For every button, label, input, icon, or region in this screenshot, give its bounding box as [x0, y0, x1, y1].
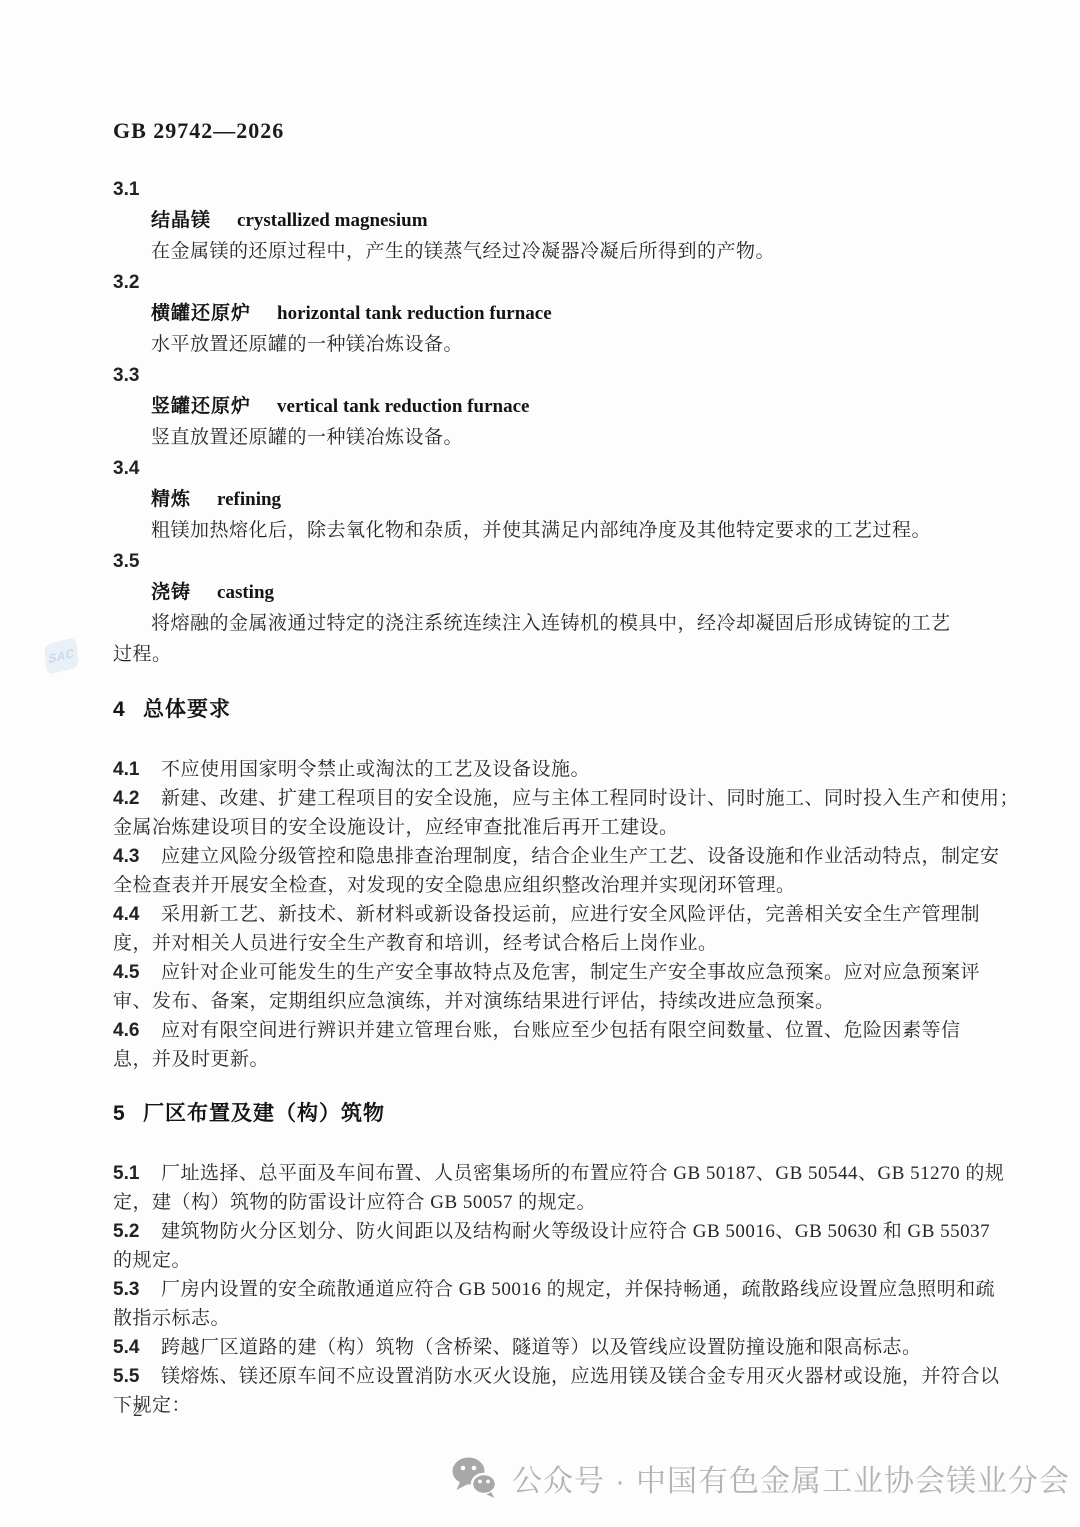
clause: 4.6应对有限空间进行辨识并建立管理台账，台账应至少包括有限空间数量、位置、危险… [113, 1016, 970, 1074]
document-content: GB 29742—2026 3.1结晶镁crystallized magnesi… [113, 118, 970, 1420]
clause-line: 5.2建筑物防火分区划分、防火间距以及结构耐火等级设计应符合 GB 50016、… [113, 1217, 970, 1246]
term-number: 3.1 [113, 174, 970, 205]
sac-watermark: SAC [44, 637, 79, 675]
document-page: SAC GB 29742—2026 3.1结晶镁crystallized mag… [0, 0, 1080, 1527]
sac-watermark-label: SAC [48, 646, 76, 667]
term-item: 3.2横罐还原炉horizontal tank reduction furnac… [113, 267, 970, 360]
term-definition-line: 在金属镁的还原过程中，产生的镁蒸气经过冷凝器冷凝后所得到的产物。 [113, 236, 970, 267]
footer-text: 公众号·中国有色金属工业协会镁业分会 [512, 1456, 1070, 1500]
clause-line: 5.1厂址选择、总平面及车间布置、人员密集场所的布置应符合 GB 50187、G… [113, 1159, 970, 1188]
clause-text: 厂房内设置的安全疏散通道应符合 GB 50016 的规定，并保持畅通，疏散路线应… [161, 1279, 995, 1300]
term-number: 3.4 [113, 453, 970, 484]
clause-number: 5.1 [113, 1159, 161, 1188]
clause-text: 跨越厂区道路的建（构）筑物（含桥梁、隧道等）以及管线应设置防撞设施和限高标志。 [161, 1337, 922, 1358]
term-zh: 浇铸 [151, 582, 191, 603]
clause-line: 4.6应对有限空间进行辨识并建立管理台账，台账应至少包括有限空间数量、位置、危险… [113, 1016, 970, 1045]
term-name: 浇铸casting [113, 577, 970, 608]
term-definition-line: 竖直放置还原罐的一种镁冶炼设备。 [113, 422, 970, 453]
term-zh: 精炼 [151, 489, 191, 510]
clause-line: 5.3厂房内设置的安全疏散通道应符合 GB 50016 的规定，并保持畅通，疏散… [113, 1275, 970, 1304]
term-number: 3.2 [113, 267, 970, 298]
term-definition-line: 粗镁加热熔化后，除去氧化物和杂质，并使其满足内部纯净度及其他特定要求的工艺过程。 [113, 515, 970, 546]
clause: 4.3应建立风险分级管控和隐患排查治理制度，结合企业生产工艺、设备设施和作业活动… [113, 842, 970, 900]
clause-line: 度，并对相关人员进行安全生产教育和培训，经考试合格后上岗作业。 [113, 929, 970, 958]
clause-number: 4.1 [113, 755, 161, 784]
clause-text: 应针对企业可能发生的生产安全事故特点及危害，制定生产安全事故应急预案。应对应急预… [161, 962, 980, 983]
clause-line: 4.4采用新工艺、新技术、新材料或新设备投运前，应进行安全风险评估，完善相关安全… [113, 900, 970, 929]
clause-number: 5.2 [113, 1217, 161, 1246]
term-en: crystallized magnesium [237, 210, 428, 231]
term-name: 精炼refining [113, 484, 970, 515]
section-title-text: 总体要求 [143, 698, 231, 721]
term-en: horizontal tank reduction furnace [277, 303, 552, 324]
section-title-text: 厂区布置及建（构）筑物 [143, 1102, 385, 1125]
clause-number: 5.3 [113, 1275, 161, 1304]
clause-line: 全检查表并开展安全检查，对发现的安全隐患应组织整改治理并实现闭环管理。 [113, 871, 970, 900]
clause-text: 镁熔炼、镁还原车间不应设置消防水灭火设施，应选用镁及镁合金专用灭火器材或设施，并… [161, 1366, 1000, 1387]
term-zh: 结晶镁 [151, 210, 211, 231]
clause-text: 不应使用国家明令禁止或淘汰的工艺及设备设施。 [161, 759, 590, 780]
clause-line: 金属冶炼建设项目的安全设施设计，应经审查批准后再开工建设。 [113, 813, 970, 842]
term-item: 3.3竖罐还原炉vertical tank reduction furnace竖… [113, 360, 970, 453]
term-item: 3.4精炼refining粗镁加热熔化后，除去氧化物和杂质，并使其满足内部纯净度… [113, 453, 970, 546]
clause-line: 审、发布、备案，定期组织应急演练，并对演练结果进行评估，持续改进应急预案。 [113, 987, 970, 1016]
standard-number: GB 29742—2026 [113, 118, 970, 144]
term-zh: 竖罐还原炉 [151, 396, 251, 417]
clause-number: 4.4 [113, 900, 161, 929]
clause-text: 采用新工艺、新技术、新材料或新设备投运前，应进行安全风险评估，完善相关安全生产管… [161, 904, 980, 925]
clause-line: 散指示标志。 [113, 1304, 970, 1333]
footer-separator: · [615, 1465, 626, 1498]
clause: 5.1厂址选择、总平面及车间布置、人员密集场所的布置应符合 GB 50187、G… [113, 1159, 970, 1217]
footer-account-name: 中国有色金属工业协会镁业分会 [636, 1465, 1070, 1498]
clause-line: 4.1不应使用国家明令禁止或淘汰的工艺及设备设施。 [113, 755, 970, 784]
clause: 5.4跨越厂区道路的建（构）筑物（含桥梁、隧道等）以及管线应设置防撞设施和限高标… [113, 1333, 970, 1362]
clause: 5.5镁熔炼、镁还原车间不应设置消防水灭火设施，应选用镁及镁合金专用灭火器材或设… [113, 1362, 970, 1420]
clause: 4.2新建、改建、扩建工程项目的安全设施，应与主体工程同时设计、同时施工、同时投… [113, 784, 970, 842]
clause-line: 下规定： [113, 1391, 970, 1420]
clause-line: 5.4跨越厂区道路的建（构）筑物（含桥梁、隧道等）以及管线应设置防撞设施和限高标… [113, 1333, 970, 1362]
term-definition-line: 水平放置还原罐的一种镁冶炼设备。 [113, 329, 970, 360]
term-item: 3.5浇铸casting将熔融的金属液通过特定的浇注系统连续注入连铸机的模具中，… [113, 546, 970, 670]
term-en: vertical tank reduction furnace [277, 396, 529, 417]
section-heading: 4总体要求 [113, 697, 970, 723]
term-name: 竖罐还原炉vertical tank reduction furnace [113, 391, 970, 422]
clause-number: 5.5 [113, 1362, 161, 1391]
clause: 5.3厂房内设置的安全疏散通道应符合 GB 50016 的规定，并保持畅通，疏散… [113, 1275, 970, 1333]
term-en: casting [217, 582, 274, 603]
term-zh: 横罐还原炉 [151, 303, 251, 324]
clause-number: 4.3 [113, 842, 161, 871]
term-name: 结晶镁crystallized magnesium [113, 205, 970, 236]
clause: 5.2建筑物防火分区划分、防火间距以及结构耐火等级设计应符合 GB 50016、… [113, 1217, 970, 1275]
term-number: 3.3 [113, 360, 970, 391]
clause-line: 息，并及时更新。 [113, 1045, 970, 1074]
term-definition-line: 将熔融的金属液通过特定的浇注系统连续注入连铸机的模具中，经冷却凝固后形成铸锭的工… [113, 608, 970, 639]
clause-number: 4.6 [113, 1016, 161, 1045]
term-number: 3.5 [113, 546, 970, 577]
clause-line: 定，建（构）筑物的防雷设计应符合 GB 50057 的规定。 [113, 1188, 970, 1217]
clause-line: 的规定。 [113, 1246, 970, 1275]
footer-account-label: 公众号 [512, 1465, 605, 1498]
clause-line: 4.5应针对企业可能发生的生产安全事故特点及危害，制定生产安全事故应急预案。应对… [113, 958, 970, 987]
clause-text: 厂址选择、总平面及车间布置、人员密集场所的布置应符合 GB 50187、GB 5… [161, 1163, 1004, 1184]
clause-line: 4.2新建、改建、扩建工程项目的安全设施，应与主体工程同时设计、同时施工、同时投… [113, 784, 970, 813]
clause: 4.4采用新工艺、新技术、新材料或新设备投运前，应进行安全风险评估，完善相关安全… [113, 900, 970, 958]
section-number: 4 [113, 697, 143, 723]
section-number: 5 [113, 1101, 143, 1127]
clause-line: 5.5镁熔炼、镁还原车间不应设置消防水灭火设施，应选用镁及镁合金专用灭火器材或设… [113, 1362, 970, 1391]
footer: 公众号·中国有色金属工业协会镁业分会 [450, 1456, 1070, 1500]
section-heading: 5厂区布置及建（构）筑物 [113, 1101, 970, 1127]
clause: 4.5应针对企业可能发生的生产安全事故特点及危害，制定生产安全事故应急预案。应对… [113, 958, 970, 1016]
clause-text: 建筑物防火分区划分、防火间距以及结构耐火等级设计应符合 GB 50016、GB … [161, 1221, 990, 1242]
term-en: refining [217, 489, 281, 510]
clause-text: 新建、改建、扩建工程项目的安全设施，应与主体工程同时设计、同时施工、同时投入生产… [161, 788, 1019, 809]
clause-number: 4.5 [113, 958, 161, 987]
doc-body: 3.1结晶镁crystallized magnesium在金属镁的还原过程中，产… [113, 174, 970, 1420]
clause-number: 4.2 [113, 784, 161, 813]
term-definition-line: 过程。 [113, 639, 970, 670]
clause-number: 5.4 [113, 1333, 161, 1362]
wechat-icon [450, 1456, 498, 1500]
page-number: 2 [133, 1400, 143, 1422]
clause: 4.1不应使用国家明令禁止或淘汰的工艺及设备设施。 [113, 755, 970, 784]
term-item: 3.1结晶镁crystallized magnesium在金属镁的还原过程中，产… [113, 174, 970, 267]
clause-line: 4.3应建立风险分级管控和隐患排查治理制度，结合企业生产工艺、设备设施和作业活动… [113, 842, 970, 871]
clause-text: 应对有限空间进行辨识并建立管理台账，台账应至少包括有限空间数量、位置、危险因素等… [161, 1020, 961, 1041]
clause-text: 应建立风险分级管控和隐患排查治理制度，结合企业生产工艺、设备设施和作业活动特点，… [161, 846, 1000, 867]
term-name: 横罐还原炉horizontal tank reduction furnace [113, 298, 970, 329]
